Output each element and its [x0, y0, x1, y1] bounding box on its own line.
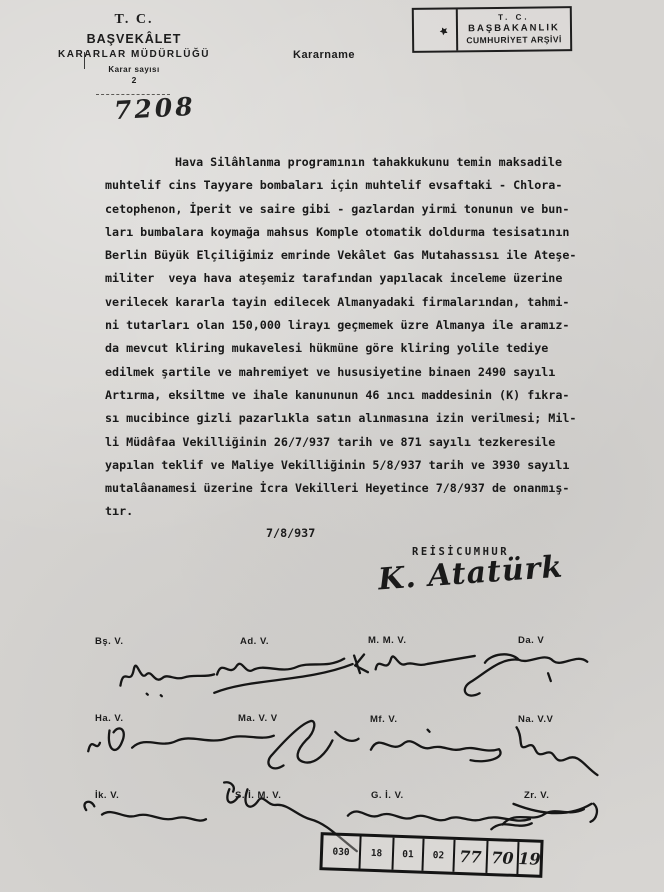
minister-label-bsv: Bş. V. [95, 636, 124, 647]
archive-stamp-text: T. C. BAŞBAKANLIK CUMHURİYET ARŞİVİ [458, 8, 570, 50]
karar-sayisi-label: Karar sayısı [53, 65, 215, 74]
decree-date: 7/8/937 [266, 526, 315, 540]
catalog-cell: 18 [360, 837, 394, 870]
body-line: ları bumbalara koymağa mahsus Komple oto… [105, 225, 585, 248]
body-line: ni tutarları olan 150,000 lirayı geçmeme… [105, 318, 585, 341]
minister-signature-zrv [491, 789, 608, 837]
catalog-number-stamp: 030 18 01 02 77 70 19 [319, 832, 543, 878]
archive-stamp: T. C. BAŞBAKANLIK CUMHURİYET ARŞİVİ [412, 6, 572, 53]
body-line: muhtelif cins Tayyare bombaları için muh… [105, 178, 585, 201]
archive-stamp-basbakanlik: BAŞBAKANLIK [468, 23, 560, 36]
karar-sayisi-value: 2 [53, 75, 215, 85]
catalog-cell: 77 [454, 840, 488, 873]
body-line: Hava Silâhlanma programının tahakkukunu … [105, 155, 585, 178]
letterhead-basvekalet: BAŞVEKÂLET [53, 32, 215, 46]
archive-stamp-arsiv: CUMHURİYET ARŞİVİ [466, 34, 562, 46]
body-line: mutalâanamesi üzerine İcra Vekilleri Hey… [105, 481, 585, 504]
catalog-cell: 70 [487, 841, 519, 874]
letterhead-tc: T. C. [53, 12, 215, 28]
minister-label-adv: Ad. V. [240, 636, 269, 647]
catalog-cell: 19 [518, 842, 540, 875]
minister-signature-navv [495, 718, 614, 784]
body-line: militer veya hava ateşemiz tarafından ya… [105, 271, 585, 294]
body-line: Berlin Büyük Elçiliğimiz emrinde Vekâlet… [105, 248, 585, 271]
crescent-star-icon [414, 9, 458, 50]
document-scan: T. C. BAŞVEKÂLET KARARLAR MÜDÜRLÜĞÜ Kara… [0, 0, 664, 892]
body-line: da mevcut kliring mukavelesi hükmüne gör… [105, 341, 585, 364]
handwritten-decree-number: 7208 [113, 92, 196, 125]
body-line: tır. [105, 504, 585, 527]
catalog-cell: 030 [323, 835, 362, 868]
body-line: edilmek şartile ve mahremiyet ve hususiy… [105, 365, 585, 388]
catalog-cell: 02 [423, 839, 455, 872]
body-line: sı mucibince gizli pazarlıkla satın alın… [105, 411, 585, 434]
minister-signature-ikv [71, 794, 212, 839]
letterhead: T. C. BAŞVEKÂLET KARARLAR MÜDÜRLÜĞÜ Kara… [53, 12, 215, 85]
archive-stamp-tc: T. C. [498, 13, 530, 23]
body-line: cetophenon, İperit ve saire gibi - gazla… [105, 202, 585, 225]
catalog-cell: 01 [393, 838, 424, 871]
decree-body: Hava Silâhlanma programının tahakkukunu … [105, 155, 585, 528]
letterhead-mudurluk: KARARLAR MÜDÜRLÜĞÜ [53, 49, 215, 60]
kararname-heading: Kararname [293, 49, 355, 61]
letterhead-divider [84, 52, 85, 69]
body-line: verilecek kararla tayin edilecek Almanya… [105, 295, 585, 318]
minister-signature-adv [203, 641, 361, 704]
minister-signature-mfv [356, 719, 518, 775]
body-line: Artırma, eksiltme ve ihale kanununun 46 … [105, 388, 585, 411]
ataturk-signature: K. Atatürk [377, 550, 564, 598]
body-line: yapılan teklif ve Maliye Vekilliğinin 5/… [105, 458, 585, 481]
body-line: li Müdâfaa Vekilliğinin 26/7/937 tarih v… [105, 435, 585, 458]
